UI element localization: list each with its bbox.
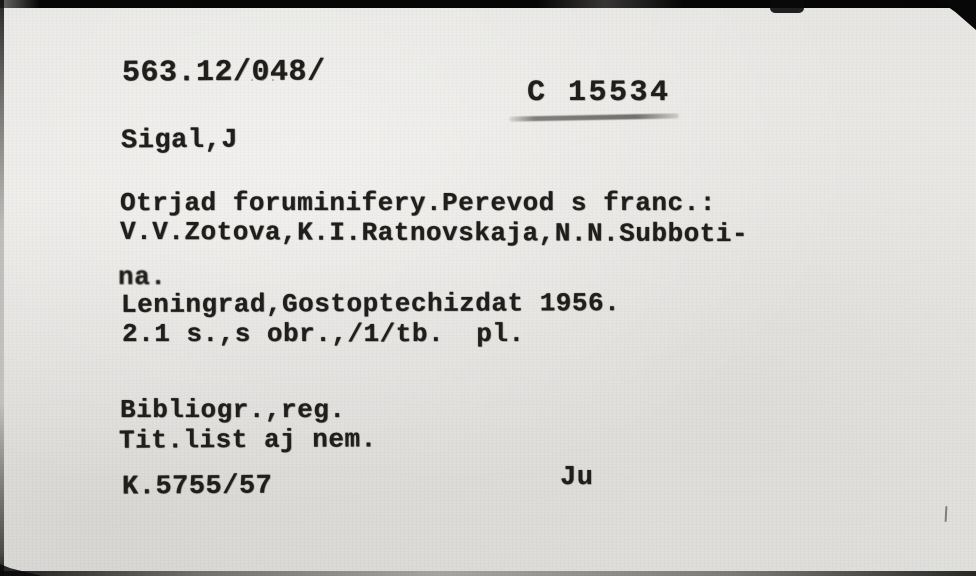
bibliography-note: Bibliogr.,reg. — [120, 395, 345, 425]
title-line: Otrjad foruminifery.Perevod s franc.: — [120, 188, 716, 218]
pencil-tick-mark — [945, 506, 948, 522]
reviewer-initials: Ju — [560, 463, 593, 493]
author-name: Sigal,J — [121, 126, 238, 157]
accession-number: C 15534 — [527, 76, 671, 110]
imprint-line: Leningrad,Gostoptechizdat 1956. — [121, 288, 620, 320]
catalog-card: 563.12/048/ C 15534 Sigal,J Otrjad forum… — [0, 0, 976, 576]
pencil-dots-mark: ... — [248, 70, 274, 74]
scan-edge-top-blob — [770, 0, 804, 13]
translators-continuation: na. — [118, 262, 166, 292]
classification-number: 563.12/048/ — [122, 55, 326, 90]
translators-line: V.V.Zotova,K.I.Ratnovskaja,N.N.Subboti- — [120, 217, 748, 249]
scan-edge-top — [0, 0, 976, 8]
scan-edge-bottom — [0, 571, 976, 576]
collation-line: 2.1 s.,s obr.,/1/tb. pl. — [122, 319, 525, 349]
title-page-note: Tit.list aj nem. — [119, 424, 377, 455]
scan-edge-left — [0, 0, 4, 576]
accession-underline — [509, 113, 679, 121]
call-number: K.5755/57 — [122, 471, 273, 502]
